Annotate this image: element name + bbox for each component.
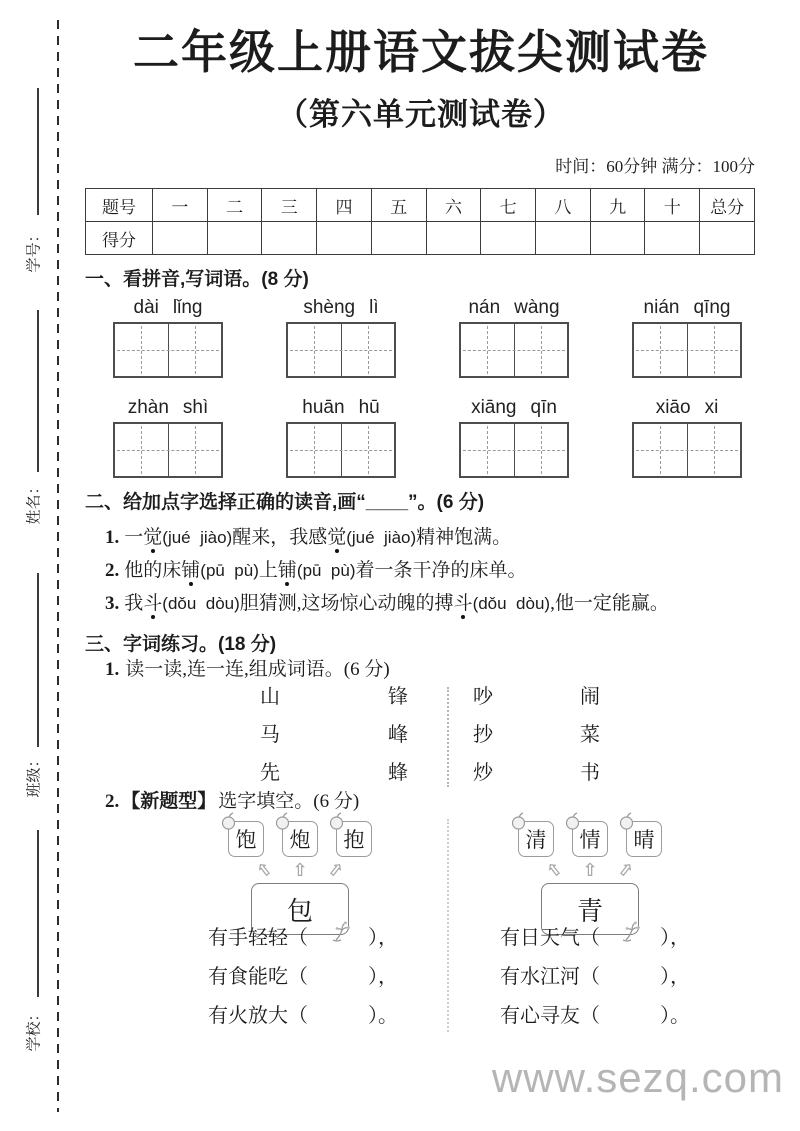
character-writing-box bbox=[459, 422, 569, 478]
writing-cell bbox=[515, 324, 568, 376]
writing-cell bbox=[115, 424, 169, 476]
arrow-row: ⇧⇧⇧ bbox=[257, 860, 342, 880]
writing-cell bbox=[115, 324, 169, 376]
pinyin-options: (jué jiào) bbox=[162, 528, 232, 547]
character-writing-box bbox=[632, 322, 742, 378]
pinyin-options: (dǒu dòu) bbox=[473, 594, 551, 613]
pinyin-label: niánqīng bbox=[632, 296, 742, 320]
item-text: 我 bbox=[124, 593, 143, 614]
writing-cell bbox=[461, 424, 515, 476]
score-header-cell: 一 bbox=[153, 189, 208, 222]
dotted-character: 铺 bbox=[181, 560, 200, 581]
score-row-label: 得分 bbox=[86, 222, 153, 255]
fill-line: 有水江河（ ）， bbox=[500, 964, 690, 991]
pinyin-syllable: nián bbox=[644, 296, 680, 320]
pinyin-label: huānhū bbox=[286, 396, 396, 420]
fill-line: 有手轻轻（ ）， bbox=[208, 925, 398, 952]
pinyin-syllable: xi bbox=[705, 396, 719, 420]
up-arrow-icon: ⇧ bbox=[613, 857, 637, 882]
score-table-header-row: 题号一二三四五六七八九十总分 bbox=[86, 189, 755, 222]
sub1-number: 1. bbox=[105, 659, 119, 680]
apple-pin-icon bbox=[274, 811, 292, 831]
option-card: 抱 bbox=[336, 821, 372, 857]
item-number: 2. bbox=[105, 560, 119, 581]
pinyin-options: (jué jiào) bbox=[346, 528, 416, 547]
pinyin-syllable: lì bbox=[369, 296, 379, 320]
pinyin-label: dàilǐng bbox=[113, 296, 223, 320]
exam-time-score-meta: 时间：60分钟 满分：100分 bbox=[85, 157, 757, 177]
match-character: 菜 bbox=[580, 723, 600, 747]
page-title: 二年级上册语文拔尖测试卷 bbox=[85, 25, 757, 81]
score-header-cell: 六 bbox=[426, 189, 481, 222]
sub2-heading: 2.【新题型】选字填空。(6 分) bbox=[105, 789, 757, 815]
match-character: 蜂 bbox=[388, 761, 408, 785]
pinyin-writing-exercise: dàilǐngshènglìnánwàngniánqīngzhànshìhuān… bbox=[85, 296, 757, 478]
pinyin-options: (pū pù) bbox=[200, 561, 259, 580]
paper-content: 二年级上册语文拔尖测试卷 （第六单元测试卷） 时间：60分钟 满分：100分 题… bbox=[85, 0, 757, 1032]
reading-choice-item: 3.我斗(dǒu dòu)胆猜测,这场惊心动魄的搏斗(dǒu dòu),他一定能… bbox=[105, 587, 757, 620]
char-select-group: 饱炮抱⇧⇧⇧包 bbox=[228, 821, 372, 935]
pinyin-row: zhànshìhuānhūxiāngqīnxiāoxi bbox=[85, 396, 757, 478]
match-column: 吵抄炒 bbox=[473, 685, 493, 785]
dotted-character: 斗 bbox=[143, 593, 162, 614]
writing-cell bbox=[634, 424, 688, 476]
dotted-character: 觉 bbox=[143, 527, 162, 548]
item-text: 一 bbox=[124, 527, 143, 548]
sub1-heading-text: 读一读,连一连,组成词语。(6 分) bbox=[125, 659, 389, 680]
item-text: 上 bbox=[259, 560, 278, 581]
option-character: 炮 bbox=[290, 824, 311, 854]
page-subtitle: （第六单元测试卷） bbox=[85, 95, 757, 135]
up-arrow-icon: ⇧ bbox=[543, 857, 567, 882]
character-writing-box bbox=[632, 422, 742, 478]
pinyin-syllable: nán bbox=[468, 296, 500, 320]
pinyin-word-unit: huānhū bbox=[286, 396, 396, 478]
pinyin-row: dàilǐngshènglìnánwàngniánqīng bbox=[85, 296, 757, 378]
writing-cell bbox=[688, 424, 741, 476]
score-input-cell bbox=[262, 222, 317, 255]
apple-pin-icon bbox=[510, 811, 528, 831]
character-writing-box bbox=[113, 322, 223, 378]
sub2-heading-text: 选字填空。(6 分) bbox=[218, 791, 359, 812]
pinyin-syllable: dài bbox=[134, 296, 159, 320]
sidebar-write-line bbox=[37, 310, 39, 472]
apple-pin-icon bbox=[564, 811, 582, 831]
match-column: 锋峰蜂 bbox=[388, 685, 408, 785]
score-header-cell: 七 bbox=[481, 189, 536, 222]
pinyin-word-unit: nánwàng bbox=[459, 296, 569, 378]
score-input-cell bbox=[153, 222, 208, 255]
score-input-cell bbox=[481, 222, 536, 255]
fill-line-column: 有日天气（ ），有水江河（ ），有心寻友（ ）。 bbox=[500, 925, 690, 1030]
fill-line: 有日天气（ ）， bbox=[500, 925, 690, 952]
sidebar-label-class: 班级： bbox=[23, 752, 44, 797]
score-header-cell: 五 bbox=[371, 189, 426, 222]
sidebar-write-line bbox=[37, 88, 39, 215]
dotted-character: 铺 bbox=[278, 560, 297, 581]
character-writing-box bbox=[286, 422, 396, 478]
pinyin-label: zhànshì bbox=[113, 396, 223, 420]
arrow-row: ⇧⇧⇧ bbox=[547, 860, 632, 880]
sub1-heading: 1.读一读,连一连,组成词语。(6 分) bbox=[105, 657, 757, 683]
option-card-row: 清情晴 bbox=[518, 821, 662, 857]
item-text: 胆猜测,这场惊心动魄的搏 bbox=[240, 593, 454, 614]
score-input-cell bbox=[645, 222, 700, 255]
matching-exercise: 山马先锋峰蜂吵抄炒闹菜书 bbox=[85, 685, 757, 789]
pinyin-label: xiāoxi bbox=[632, 396, 742, 420]
score-header-cell: 题号 bbox=[86, 189, 153, 222]
pinyin-word-unit: xiāoxi bbox=[632, 396, 742, 478]
option-card: 炮 bbox=[282, 821, 318, 857]
score-header-cell: 二 bbox=[207, 189, 262, 222]
reading-choice-item: 1.一觉(jué jiào)醒来，我感觉(jué jiào)精神饱满。 bbox=[105, 521, 757, 554]
match-character: 峰 bbox=[388, 723, 408, 747]
pinyin-syllable: shèng bbox=[303, 296, 355, 320]
score-input-cell bbox=[207, 222, 262, 255]
matching-divider-line bbox=[447, 687, 449, 787]
pinyin-word-unit: niánqīng bbox=[632, 296, 742, 378]
pinyin-syllable: hū bbox=[359, 396, 380, 420]
score-input-cell bbox=[317, 222, 372, 255]
dotted-character: 斗 bbox=[454, 593, 473, 614]
score-header-cell: 九 bbox=[590, 189, 645, 222]
pinyin-word-unit: xiāngqīn bbox=[459, 396, 569, 478]
pinyin-word-unit: shènglì bbox=[286, 296, 396, 378]
item-text: 他的床 bbox=[124, 560, 181, 581]
item-text: 着一条干净的床单。 bbox=[356, 560, 527, 581]
option-card: 饱 bbox=[228, 821, 264, 857]
item-text: ,他一定能赢。 bbox=[550, 593, 669, 614]
score-header-cell: 三 bbox=[262, 189, 317, 222]
match-character: 炒 bbox=[473, 761, 493, 785]
option-character: 晴 bbox=[634, 824, 655, 854]
match-character: 抄 bbox=[473, 723, 493, 747]
score-table: 题号一二三四五六七八九十总分 得分 bbox=[85, 188, 755, 255]
cut-dashed-line bbox=[57, 20, 59, 1112]
up-arrow-icon: ⇧ bbox=[292, 860, 307, 880]
match-column: 山马先 bbox=[260, 685, 280, 785]
option-card: 清 bbox=[518, 821, 554, 857]
fill-line: 有火放大（ ）。 bbox=[208, 1003, 398, 1030]
option-character: 情 bbox=[580, 824, 601, 854]
sidebar-write-line bbox=[37, 573, 39, 747]
match-character: 吵 bbox=[473, 685, 493, 709]
option-card-row: 饱炮抱 bbox=[228, 821, 372, 857]
watermark: www.sezq.com bbox=[492, 1056, 784, 1100]
pinyin-syllable: xiāo bbox=[656, 396, 691, 420]
test-paper-page: 学号： 姓名： 班级： 学校： 二年级上册语文拔尖测试卷 （第六单元测试卷） 时… bbox=[0, 0, 800, 1131]
option-character: 饱 bbox=[236, 824, 257, 854]
match-character: 先 bbox=[260, 761, 280, 785]
char-fill-exercise: 饱炮抱⇧⇧⇧包有手轻轻（ ），有食能吃（ ），有火放大（ ）。清情晴⇧⇧⇧青有日… bbox=[85, 817, 757, 1032]
match-character: 书 bbox=[580, 761, 600, 785]
pinyin-syllable: huān bbox=[302, 396, 344, 420]
pinyin-word-unit: dàilǐng bbox=[113, 296, 223, 378]
reading-choice-item: 2.他的床铺(pū pù)上铺(pū pù)着一条干净的床单。 bbox=[105, 554, 757, 587]
pinyin-word-unit: zhànshì bbox=[113, 396, 223, 478]
pinyin-syllable: wàng bbox=[514, 296, 559, 320]
writing-cell bbox=[342, 324, 395, 376]
pinyin-syllable: qīng bbox=[693, 296, 730, 320]
option-card: 晴 bbox=[626, 821, 662, 857]
pinyin-label: nánwàng bbox=[459, 296, 569, 320]
match-character: 闹 bbox=[580, 685, 600, 709]
section3-heading: 三、字词练习。(18 分) bbox=[85, 633, 757, 657]
writing-cell bbox=[461, 324, 515, 376]
item-text: 醒来，我感 bbox=[232, 527, 327, 548]
score-header-cell: 八 bbox=[536, 189, 591, 222]
up-arrow-icon: ⇧ bbox=[323, 857, 347, 882]
base-character: 包 bbox=[287, 891, 313, 928]
character-writing-box bbox=[459, 322, 569, 378]
apple-pin-icon bbox=[328, 811, 346, 831]
score-header-cell: 四 bbox=[317, 189, 372, 222]
character-writing-box bbox=[113, 422, 223, 478]
pinyin-options: (pū pù) bbox=[297, 561, 356, 580]
dotted-character: 觉 bbox=[327, 527, 346, 548]
match-character: 锋 bbox=[388, 685, 408, 709]
fill-line-column: 有手轻轻（ ），有食能吃（ ），有火放大（ ）。 bbox=[208, 925, 398, 1030]
score-input-cell bbox=[590, 222, 645, 255]
sidebar-write-line bbox=[37, 830, 39, 997]
writing-cell bbox=[288, 324, 342, 376]
apple-pin-icon bbox=[220, 811, 238, 831]
fill-line: 有心寻友（ ）。 bbox=[500, 1003, 690, 1030]
pinyin-syllable: lǐng bbox=[173, 296, 203, 320]
writing-cell bbox=[688, 324, 741, 376]
fill-divider-line bbox=[447, 819, 449, 1032]
up-arrow-icon: ⇧ bbox=[582, 860, 597, 880]
match-column: 闹菜书 bbox=[580, 685, 600, 785]
pinyin-syllable: shì bbox=[183, 396, 208, 420]
pinyin-syllable: zhàn bbox=[128, 396, 169, 420]
score-input-cell bbox=[536, 222, 591, 255]
sub2-number: 2. bbox=[105, 791, 119, 812]
score-header-cell: 十 bbox=[645, 189, 700, 222]
writing-cell bbox=[169, 424, 222, 476]
pronunciation-choice-exercise: 1.一觉(jué jiào)醒来，我感觉(jué jiào)精神饱满。2.他的床… bbox=[85, 521, 757, 620]
pinyin-options: (dǒu dòu) bbox=[162, 594, 240, 613]
item-number: 1. bbox=[105, 527, 119, 548]
character-writing-box bbox=[286, 322, 396, 378]
writing-cell bbox=[634, 324, 688, 376]
option-character: 清 bbox=[526, 824, 547, 854]
apple-pin-icon bbox=[618, 811, 636, 831]
new-question-type-tag: 【新题型】 bbox=[121, 791, 216, 812]
score-input-cell bbox=[700, 222, 755, 255]
sidebar-label-name: 姓名： bbox=[23, 479, 44, 524]
score-input-cell bbox=[371, 222, 426, 255]
section1-heading: 一、看拼音,写词语。(8 分) bbox=[85, 268, 757, 292]
match-character: 山 bbox=[260, 685, 280, 709]
match-character: 马 bbox=[260, 723, 280, 747]
pinyin-syllable: xiāng bbox=[471, 396, 516, 420]
base-character: 青 bbox=[577, 891, 603, 928]
item-text: 精神饱满。 bbox=[416, 527, 511, 548]
option-character: 抱 bbox=[344, 824, 365, 854]
pinyin-label: xiāngqīn bbox=[459, 396, 569, 420]
writing-cell bbox=[342, 424, 395, 476]
score-input-cell bbox=[426, 222, 481, 255]
pinyin-syllable: qīn bbox=[531, 396, 557, 420]
writing-cell bbox=[288, 424, 342, 476]
up-arrow-icon: ⇧ bbox=[253, 857, 277, 882]
writing-cell bbox=[169, 324, 222, 376]
pinyin-label: shènglì bbox=[286, 296, 396, 320]
sidebar-label-school: 学校： bbox=[23, 1006, 44, 1051]
sidebar-label-student-id: 学号： bbox=[23, 227, 44, 272]
option-card: 情 bbox=[572, 821, 608, 857]
fill-line: 有食能吃（ ）， bbox=[208, 964, 398, 991]
writing-cell bbox=[515, 424, 568, 476]
section2-heading: 二、给加点字选择正确的读音,画“____”。(6 分) bbox=[85, 491, 757, 515]
score-header-cell: 总分 bbox=[700, 189, 755, 222]
score-table-score-row: 得分 bbox=[86, 222, 755, 255]
char-select-group: 清情晴⇧⇧⇧青 bbox=[518, 821, 662, 935]
item-number: 3. bbox=[105, 593, 119, 614]
